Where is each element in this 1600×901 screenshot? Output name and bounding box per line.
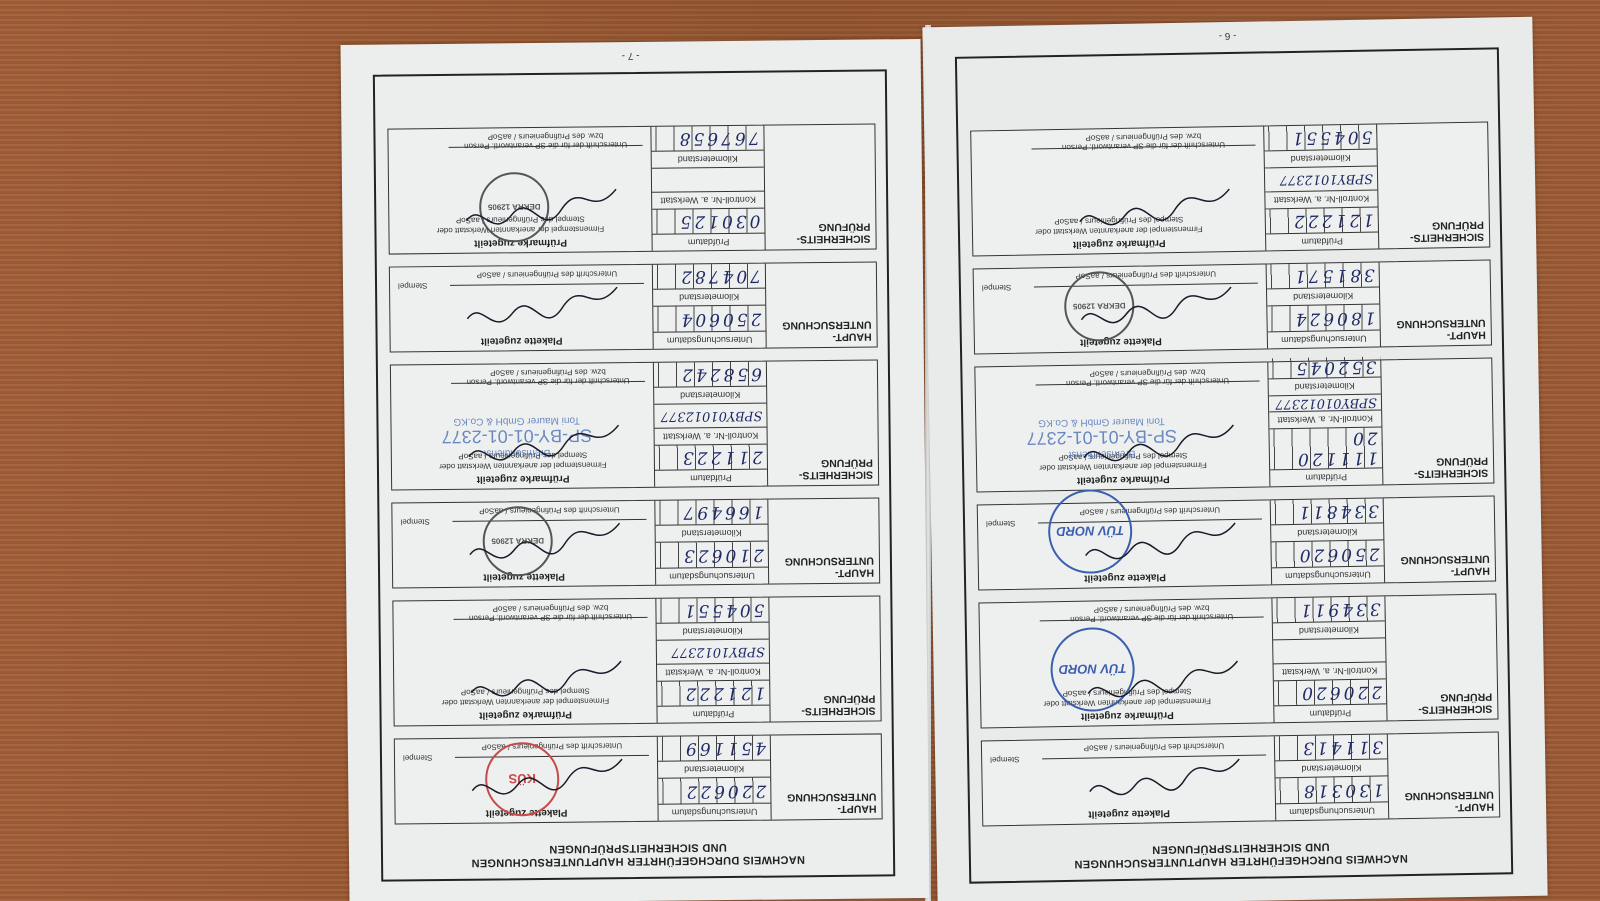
- workshop-stamp: BremsendienstSP-BY-01-01-2377Toni Maurer…: [1026, 414, 1177, 461]
- kind-line-2: PRÜFUNG: [1388, 455, 1488, 469]
- form-title: NACHWEIS DURCHGEFÜHRTER HAUPTUNTERSUCHUN…: [971, 836, 1511, 871]
- form-frame: NACHWEIS DURCHGEFÜHRTER HAUPTUNTERSUCHUN…: [373, 69, 895, 881]
- date-value: 130318: [1276, 776, 1388, 803]
- signature-area: Prüfmarke zugeteiltFirmenstempel der ane…: [975, 362, 1269, 491]
- km-value: 381571: [1267, 262, 1379, 288]
- signature-area: Plakette zugeteiltStempelUnterschrift de…: [978, 500, 1271, 589]
- signature-label: Unterschrift des Prüfingenieurs / aaSoP: [450, 269, 644, 280]
- hu-entry: HAUPT-UNTERSUCHUNGUntersuchungsdatum1303…: [981, 731, 1500, 826]
- hu-entry: HAUPT-UNTERSUCHUNGUntersuchungsdatum1806…: [973, 260, 1492, 355]
- kind-line-1: SICHERHEITS-: [773, 469, 873, 482]
- stempel-label: Stempel: [398, 281, 427, 290]
- date-value: 211223: [655, 444, 767, 470]
- km-value: 451169: [658, 736, 770, 762]
- signature-label: Unterschrift der für die SP verantwortl.…: [1039, 603, 1263, 625]
- date-label: Prüfdatum: [1266, 231, 1378, 250]
- kind-line-2: UNTERSUCHUNG: [776, 790, 876, 803]
- signature-area: Plakette zugeteiltStempelUnterschrift de…: [982, 736, 1275, 825]
- kues-stamp: KÜS: [485, 742, 560, 817]
- km-value: 166497: [655, 500, 767, 526]
- page-6: NACHWEIS DURCHGEFÜHRTER HAUPTUNTERSUCHUN…: [922, 17, 1547, 901]
- stamp-line: SP-BY-01-01-2377: [442, 425, 593, 447]
- signature-area: Prüfmarke zugeteiltFirmenstempel der ane…: [971, 126, 1265, 255]
- km-label: Kilometerstand: [1275, 759, 1387, 778]
- entry-kind: SICHERHEITS-PRÜFUNG: [763, 124, 875, 249]
- hu-entry: HAUPT-UNTERSUCHUNGUntersuchungsdatum2206…: [394, 733, 883, 824]
- date-value: 220620: [1274, 679, 1386, 706]
- km-label: Kilometerstand: [1265, 148, 1377, 167]
- kind-line-1: SICHERHEITS-: [775, 704, 875, 717]
- kontroll-label: Kontroll-Nr. a. Werkstatt: [655, 427, 767, 445]
- sign-line-1: Unterschrift der für die SP verantwortl.…: [451, 376, 645, 387]
- kind-line-1: HAUPT-: [776, 802, 876, 815]
- date-label: Untersuchungsdatum: [654, 331, 766, 349]
- signature-area: Plakette zugeteiltStempelUnterschrift de…: [392, 501, 655, 588]
- entry-fields: Untersuchungsdatum220622Kilometerstand45…: [657, 736, 771, 821]
- date-label: Untersuchungsdatum: [656, 567, 768, 585]
- form-title: NACHWEIS DURCHGEFÜHRTER HAUPTUNTERSUCHUN…: [383, 838, 893, 869]
- sign-line-1: Unterschrift der für die SP verantwortl.…: [453, 612, 647, 623]
- plakette-label: Plakette zugeteilt: [983, 805, 1275, 821]
- km-value: 658242: [654, 362, 766, 387]
- signature-label: Unterschrift des Prüfingenieurs / aaSoP: [1034, 269, 1258, 282]
- kind-line-2: PRÜFUNG: [775, 692, 875, 705]
- stamp-line: Toni Maurer GmbH & Co.KG: [441, 413, 592, 427]
- entry-kind: HAUPT-UNTERSUCHUNG: [770, 734, 882, 819]
- kind-line-1: SICHERHEITS-: [1384, 231, 1484, 245]
- signature-area: Prüfmarke zugeteiltFirmenstempel der ane…: [979, 598, 1273, 727]
- date-label: Prüfdatum: [1274, 703, 1386, 722]
- entry-fields: Prüfdatum121222Kontroll-Nr. a. Werkstatt…: [655, 598, 769, 723]
- entry-fields: Prüfdatum121222Kontroll-Nr. a. Werkstatt…: [1263, 124, 1378, 250]
- date-label: Untersuchungsdatum: [658, 803, 770, 821]
- pruefmarke-label: Prüfmarke zugeteilt: [973, 235, 1265, 251]
- entry-kind: SICHERHEITS-PRÜFUNG: [768, 596, 880, 721]
- sign-line-1: Unterschrift der für die SP verantwortl.…: [449, 140, 643, 151]
- dekra-stamp: DEKRA 12905: [479, 172, 550, 243]
- signature-area: Plakette zugeteiltStempelUnterschrift de…: [395, 737, 658, 824]
- signature-label: Unterschrift der für die SP verantwortl.…: [448, 131, 642, 151]
- form-frame: NACHWEIS DURCHGEFÜHRTER HAUPTUNTERSUCHUN…: [955, 47, 1513, 883]
- km-value: 334911: [1272, 596, 1384, 622]
- km-value: 767658: [651, 126, 763, 151]
- km-label: Kilometerstand: [654, 385, 766, 403]
- kind-line-1: HAUPT-: [772, 331, 872, 344]
- kind-line-2: PRÜFUNG: [773, 457, 873, 470]
- km-label: Kilometerstand: [652, 149, 764, 167]
- km-label: Kilometerstand: [1267, 287, 1379, 306]
- kind-line-2: UNTERSUCHUNG: [774, 555, 874, 568]
- stempel-label: Stempel: [400, 517, 429, 526]
- signature-area: Prüfmarke zugeteiltFirmenstempel der ane…: [393, 599, 656, 726]
- kind-line-2: UNTERSUCHUNG: [1390, 553, 1490, 567]
- signature-label: Unterschrift der für die SP verantwortl.…: [451, 367, 645, 387]
- page-number: - 7 -: [341, 47, 921, 64]
- entry-kind: SICHERHEITS-PRÜFUNG: [1380, 359, 1493, 485]
- dekra-stamp: DEKRA 12905: [1064, 271, 1135, 342]
- entry-kind: HAUPT-UNTERSUCHUNG: [767, 498, 879, 583]
- km-label: Kilometerstand: [1269, 376, 1381, 395]
- kind-line-1: HAUPT-: [774, 567, 874, 580]
- stamp-line: Bremsendienst: [442, 445, 593, 459]
- stempel-label: Stempel: [990, 755, 1020, 765]
- sp-entry: SICHERHEITS-PRÜFUNGPrüfdatum121222Kontro…: [970, 122, 1490, 257]
- entry-fields: Untersuchungsdatum210623Kilometerstand16…: [654, 500, 768, 585]
- kontroll-label: Kontroll-Nr. a. Werkstatt: [652, 191, 764, 209]
- page-7-content: NACHWEIS DURCHGEFÜHRTER HAUPTUNTERSUCHUN…: [341, 39, 930, 901]
- kind-line-1: SICHERHEITS-: [1392, 703, 1492, 717]
- dekra-stamp: DEKRA 12905: [482, 506, 553, 577]
- kind-line-2: PRÜFUNG: [1392, 691, 1492, 705]
- kontroll-label: Kontroll-Nr. a. Werkstatt: [1269, 409, 1381, 428]
- date-value: 121222: [1266, 207, 1378, 234]
- signature-label: Unterschrift des Prüfingenieurs / aaSoP: [452, 505, 646, 516]
- date-label: Prüfdatum: [1270, 467, 1382, 486]
- date-label: Prüfdatum: [655, 469, 767, 487]
- kontroll-value: SPBY01012377: [654, 402, 766, 428]
- kind-line-1: HAUPT-: [1394, 801, 1494, 815]
- entry-kind: HAUPT-UNTERSUCHUNG: [1383, 496, 1495, 582]
- stamp-instructions: Firmenstempel der anerkannten Werkstatt …: [973, 212, 1265, 237]
- workshop-stamp: BremsendienstSP-BY-01-01-2377Toni Maurer…: [441, 413, 592, 459]
- entry-kind: HAUPT-UNTERSUCHUNG: [1379, 261, 1491, 347]
- entry-fields: Prüfdatum220620Kontroll-Nr. a. Werkstatt…: [1271, 596, 1386, 722]
- kontroll-label: Kontroll-Nr. a. Werkstatt: [657, 663, 769, 681]
- page-7: NACHWEIS DURCHGEFÜHRTER HAUPTUNTERSUCHUN…: [341, 39, 930, 901]
- kind-line-2: UNTERSUCHUNG: [1386, 317, 1486, 331]
- signature-label: Unterschrift der für die SP verantwortl.…: [1031, 131, 1255, 153]
- date-value: 220622: [658, 777, 770, 804]
- kind-line-2: UNTERSUCHUNG: [771, 319, 871, 332]
- signature-line: [453, 519, 647, 522]
- pruefmarke-label: Prüfmarke zugeteilt: [977, 471, 1269, 487]
- kontroll-value: SPBY01012377: [1269, 393, 1381, 411]
- entry-list: HAUPT-UNTERSUCHUNGUntersuchungsdatum1303…: [969, 62, 1500, 827]
- kind-line-1: HAUPT-: [1390, 565, 1490, 579]
- entry-fields: Untersuchungsdatum180624Kilometerstand38…: [1266, 262, 1380, 348]
- sp-entry: SICHERHEITS-PRÜFUNGPrüfdatum121222Kontro…: [392, 595, 881, 726]
- entry-fields: Prüfdatum111120 20Kontroll-Nr. a. Werkst…: [1267, 360, 1382, 486]
- kontroll-label: Kontroll-Nr. a. Werkstatt: [1274, 662, 1386, 681]
- km-label: Kilometerstand: [658, 760, 770, 778]
- signature-line: [1042, 755, 1266, 760]
- sp-entry: SICHERHEITS-PRÜFUNGPrüfdatum220620Kontro…: [978, 593, 1498, 728]
- date-label: Untersuchungsdatum: [1272, 565, 1384, 584]
- pruefmarke-label: Prüfmarke zugeteilt: [981, 707, 1273, 723]
- date-label: Untersuchungsdatum: [1276, 801, 1388, 820]
- pruefmarke-label: Prüfmarke zugeteilt: [392, 472, 654, 486]
- entry-fields: Untersuchungsdatum250620Kilometerstand33…: [1270, 498, 1384, 584]
- sp-entry: SICHERHEITS-PRÜFUNGPrüfdatum211223Kontro…: [390, 359, 879, 490]
- sp-entry: SICHERHEITS-PRÜFUNGPrüfdatum030125Kontro…: [387, 123, 876, 254]
- entry-fields: Untersuchungsdatum250604Kilometerstand70…: [652, 264, 766, 349]
- km-value: 504551: [1264, 124, 1376, 150]
- date-label: Prüfdatum: [657, 705, 769, 723]
- km-value: 311413: [1275, 734, 1387, 760]
- entry-fields: Prüfdatum211223Kontroll-Nr. a. Werkstatt…: [653, 362, 767, 487]
- kind-line-2: PRÜFUNG: [770, 221, 870, 234]
- date-label: Prüfdatum: [653, 233, 765, 251]
- km-value: 704782: [653, 264, 765, 290]
- hu-entry: HAUPT-UNTERSUCHUNGUntersuchungsdatum2506…: [389, 261, 878, 352]
- date-value: 030125: [652, 208, 764, 234]
- signature-line: [1034, 283, 1258, 288]
- km-label: Kilometerstand: [656, 524, 768, 542]
- entry-fields: Untersuchungsdatum130318Kilometerstand31…: [1274, 734, 1388, 820]
- km-value: 352045: [1268, 356, 1380, 378]
- km-label: Kilometerstand: [657, 621, 769, 639]
- date-value: 121222: [657, 680, 769, 706]
- date-value: 111120 20: [1269, 426, 1382, 469]
- stamp-instructions: Firmenstempel der anerkannten Werkstatt …: [394, 685, 656, 708]
- kind-line-1: HAUPT-: [1386, 329, 1486, 343]
- kontroll-value: [1273, 637, 1385, 664]
- date-value: 250604: [653, 305, 765, 332]
- signature-label: Unterschrift der für die SP verantwortl.…: [1035, 367, 1259, 389]
- km-label: Kilometerstand: [653, 288, 765, 306]
- entry-kind: SICHERHEITS-PRÜFUNG: [1384, 594, 1497, 720]
- kontroll-label: Kontroll-Nr. a. Werkstatt: [1265, 190, 1377, 209]
- signature-area: Plakette zugeteiltStempelUnterschrift de…: [390, 265, 653, 352]
- plakette-label: Plakette zugeteilt: [979, 569, 1271, 585]
- page-number: - 6 -: [923, 25, 1533, 47]
- tuev-nord-stamp: TÜV NORD: [1047, 489, 1132, 574]
- plakette-label: Plakette zugeteilt: [975, 333, 1267, 349]
- date-value: 180624: [1267, 304, 1379, 331]
- pruefmarke-label: Prüfmarke zugeteilt: [394, 708, 656, 722]
- kind-line-2: UNTERSUCHUNG: [1394, 789, 1494, 803]
- sp-entry: SICHERHEITS-PRÜFUNGPrüfdatum111120 20Kon…: [974, 357, 1494, 492]
- hu-entry: HAUPT-UNTERSUCHUNGUntersuchungsdatum2106…: [391, 497, 880, 588]
- kind-line-1: SICHERHEITS-: [771, 233, 871, 246]
- kontroll-value: SPBY1012377: [1265, 165, 1377, 192]
- signature-area: Prüfmarke zugeteiltFirmenstempel der ane…: [391, 363, 654, 490]
- entry-fields: Prüfdatum030125Kontroll-Nr. a. Werkstatt…: [650, 126, 764, 251]
- signature-area: Prüfmarke zugeteiltFirmenstempel der ane…: [388, 127, 651, 254]
- stamp-line: SP-BY-01-01-2377: [1026, 426, 1177, 449]
- entry-kind: HAUPT-UNTERSUCHUNG: [1387, 732, 1499, 818]
- signature-label: Unterschrift des Prüfingenieurs / aaSoP: [455, 741, 649, 752]
- km-label: Kilometerstand: [1271, 523, 1383, 542]
- hu-entry: HAUPT-UNTERSUCHUNGUntersuchungsdatum2506…: [977, 495, 1496, 590]
- kontroll-value: SPBY1012377: [657, 638, 769, 664]
- page-6-content: NACHWEIS DURCHGEFÜHRTER HAUPTUNTERSUCHUN…: [922, 17, 1547, 901]
- km-label: Kilometerstand: [1273, 620, 1385, 639]
- entry-kind: SICHERHEITS-PRÜFUNG: [1376, 123, 1489, 249]
- signature-label: Unterschrift des Prüfingenieurs / aaSoP: [1042, 741, 1266, 754]
- plakette-label: Plakette zugeteilt: [391, 334, 653, 348]
- signature-label: Unterschrift der für die SP verantwortl.…: [453, 603, 647, 623]
- date-value: 210623: [656, 541, 768, 568]
- kind-line-1: SICHERHEITS-: [1388, 467, 1488, 481]
- stempel-label: Stempel: [403, 753, 432, 762]
- kontroll-value: [652, 166, 764, 192]
- km-value: 504551: [656, 598, 768, 623]
- date-value: 250620: [1271, 540, 1383, 567]
- stempel-label: Stempel: [986, 519, 1016, 529]
- entry-kind: SICHERHEITS-PRÜFUNG: [766, 360, 878, 485]
- km-value: 334811: [1271, 498, 1383, 524]
- kind-line-2: PRÜFUNG: [1384, 219, 1484, 233]
- entry-kind: HAUPT-UNTERSUCHUNG: [765, 262, 877, 347]
- stempel-label: Stempel: [982, 283, 1012, 293]
- entry-list: HAUPT-UNTERSUCHUNGUntersuchungsdatum2206…: [387, 83, 883, 824]
- date-label: Untersuchungsdatum: [1268, 329, 1380, 348]
- signature-line: [450, 283, 644, 286]
- signature-area: Plakette zugeteiltStempelUnterschrift de…: [974, 264, 1267, 353]
